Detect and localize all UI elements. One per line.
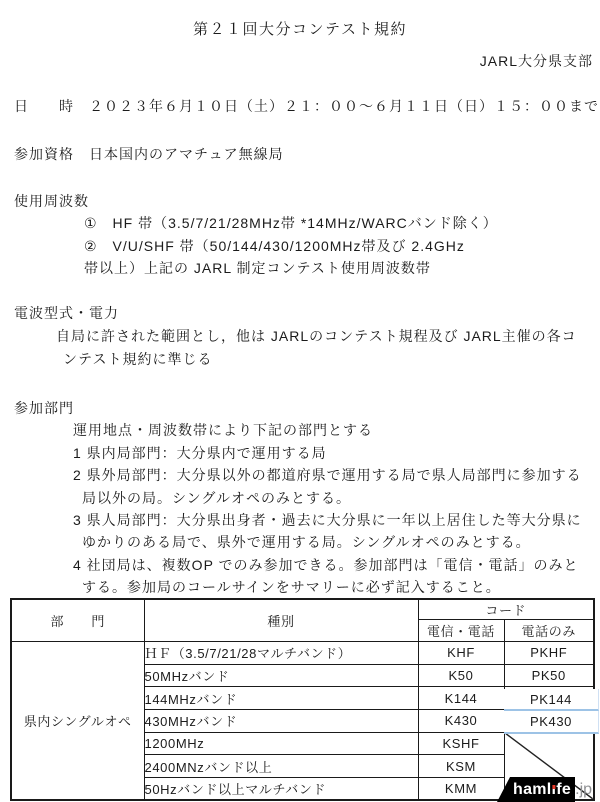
cell-cw-phone: KHF bbox=[418, 642, 504, 665]
cell-cw-phone: K430 bbox=[418, 709, 504, 732]
cell-type: ＨＦ（3.5/7/21/28マルチバンド） bbox=[144, 642, 418, 665]
cell-cw-phone: K50 bbox=[418, 664, 504, 687]
power-line-1: 自局に許された範囲とし，他は JARLのコンテスト規程及び JARL主催の各コ bbox=[56, 327, 577, 345]
heading-power: 電波型式・電力 bbox=[14, 304, 119, 322]
category-item-4b: する。参加局のコールサインをサマリーに必ず記入すること。 bbox=[82, 578, 501, 596]
hamlife-logo: hamlıfe bbox=[497, 777, 575, 802]
category-item-2a: 2 県外局部門：大分県以外の都道府県で運用する局で県人局部門に参加する bbox=[73, 466, 582, 484]
power-line-2: ンテスト規約に準じる bbox=[63, 350, 212, 368]
line-eligibility: 参加資格 日本国内のアマチュア無線局 bbox=[14, 145, 284, 163]
frequency-item-2b: 帯以上）上記の JARL 制定コンテスト使用周波数帯 bbox=[84, 259, 431, 277]
cell-cw-phone: K144 bbox=[418, 687, 504, 710]
heading-frequency: 使用周波数 bbox=[14, 192, 89, 210]
header-category: 部 門 bbox=[11, 599, 144, 642]
hamlife-logo-i-dot: ı bbox=[552, 781, 557, 798]
group-label: 県内シングルオペ bbox=[11, 642, 144, 801]
header-phone-only: 電話のみ bbox=[504, 620, 594, 642]
cell-type: 2400MNzバンド以上 bbox=[144, 755, 418, 778]
cell-cw-phone: KMM bbox=[418, 777, 504, 800]
pasted-code-box-pk430: PK430 bbox=[504, 711, 599, 734]
frequency-item-2a: ② V/U/SHF 帯（50/144/430/1200MHz帯及び 2.4GHz bbox=[84, 237, 465, 255]
cell-type: 50MHzバンド bbox=[144, 664, 418, 687]
cell-type: 1200MHz bbox=[144, 732, 418, 755]
page-title: 第２１回大分コンテスト規約 bbox=[0, 21, 600, 39]
cell-phone-only: PK50 bbox=[504, 664, 594, 687]
publisher: JARL大分県支部 bbox=[480, 52, 593, 70]
category-item-2b: 局以外の局。シングルオペのみとする。 bbox=[82, 489, 351, 507]
header-code: コード bbox=[418, 599, 594, 620]
header-type: 種別 bbox=[144, 599, 418, 642]
contest-rules-document: 第２１回大分コンテスト規約 JARL大分県支部 日 時 ２０２３年６月１０日（土… bbox=[0, 0, 600, 802]
line-datetime: 日 時 ２０２３年６月１０日（土）２１：００～６月１１日（日）１５：００まで bbox=[14, 97, 599, 115]
cell-type: 50Hzバンド以上マルチバンド bbox=[144, 777, 418, 800]
hamlife-watermark: hamlıfe.jp bbox=[497, 777, 592, 802]
category-item-3a: 3 県人局部門：大分県出身者・過去に大分県に一年以上居住した等大分県に bbox=[73, 511, 582, 529]
categories-intro: 運用地点・周波数帯により下記の部門とする bbox=[73, 421, 373, 439]
hamlife-jp-suffix: .jp bbox=[575, 777, 592, 802]
heading-categories: 参加部門 bbox=[14, 399, 74, 417]
frequency-item-1: ① HF 帯（3.5/7/21/28MHz帯 *14MHz/WARCバンド除く） bbox=[84, 214, 498, 232]
category-item-3b: ゆかりのある局で、県外で運用する局。シングルオペのみとする。 bbox=[82, 533, 531, 551]
table-row: 県内シングルオペ ＨＦ（3.5/7/21/28マルチバンド） KHF PKHF bbox=[11, 642, 594, 665]
header-cw-phone: 電信・電話 bbox=[418, 620, 504, 642]
category-item-1: 1 県内局部門：大分県内で運用する局 bbox=[73, 444, 327, 462]
category-item-4a: 4 社団局は、複数OP でのみ参加できる。参加部門は「電信・電話」のみと bbox=[73, 556, 579, 574]
cell-type: 144MHzバンド bbox=[144, 687, 418, 710]
cell-phone-only: PKHF bbox=[504, 642, 594, 665]
cell-cw-phone: KSM bbox=[418, 755, 504, 778]
cell-cw-phone: KSHF bbox=[418, 732, 504, 755]
cell-type: 430MHzバンド bbox=[144, 709, 418, 732]
pasted-code-box-pk144: PK144 bbox=[504, 689, 599, 711]
